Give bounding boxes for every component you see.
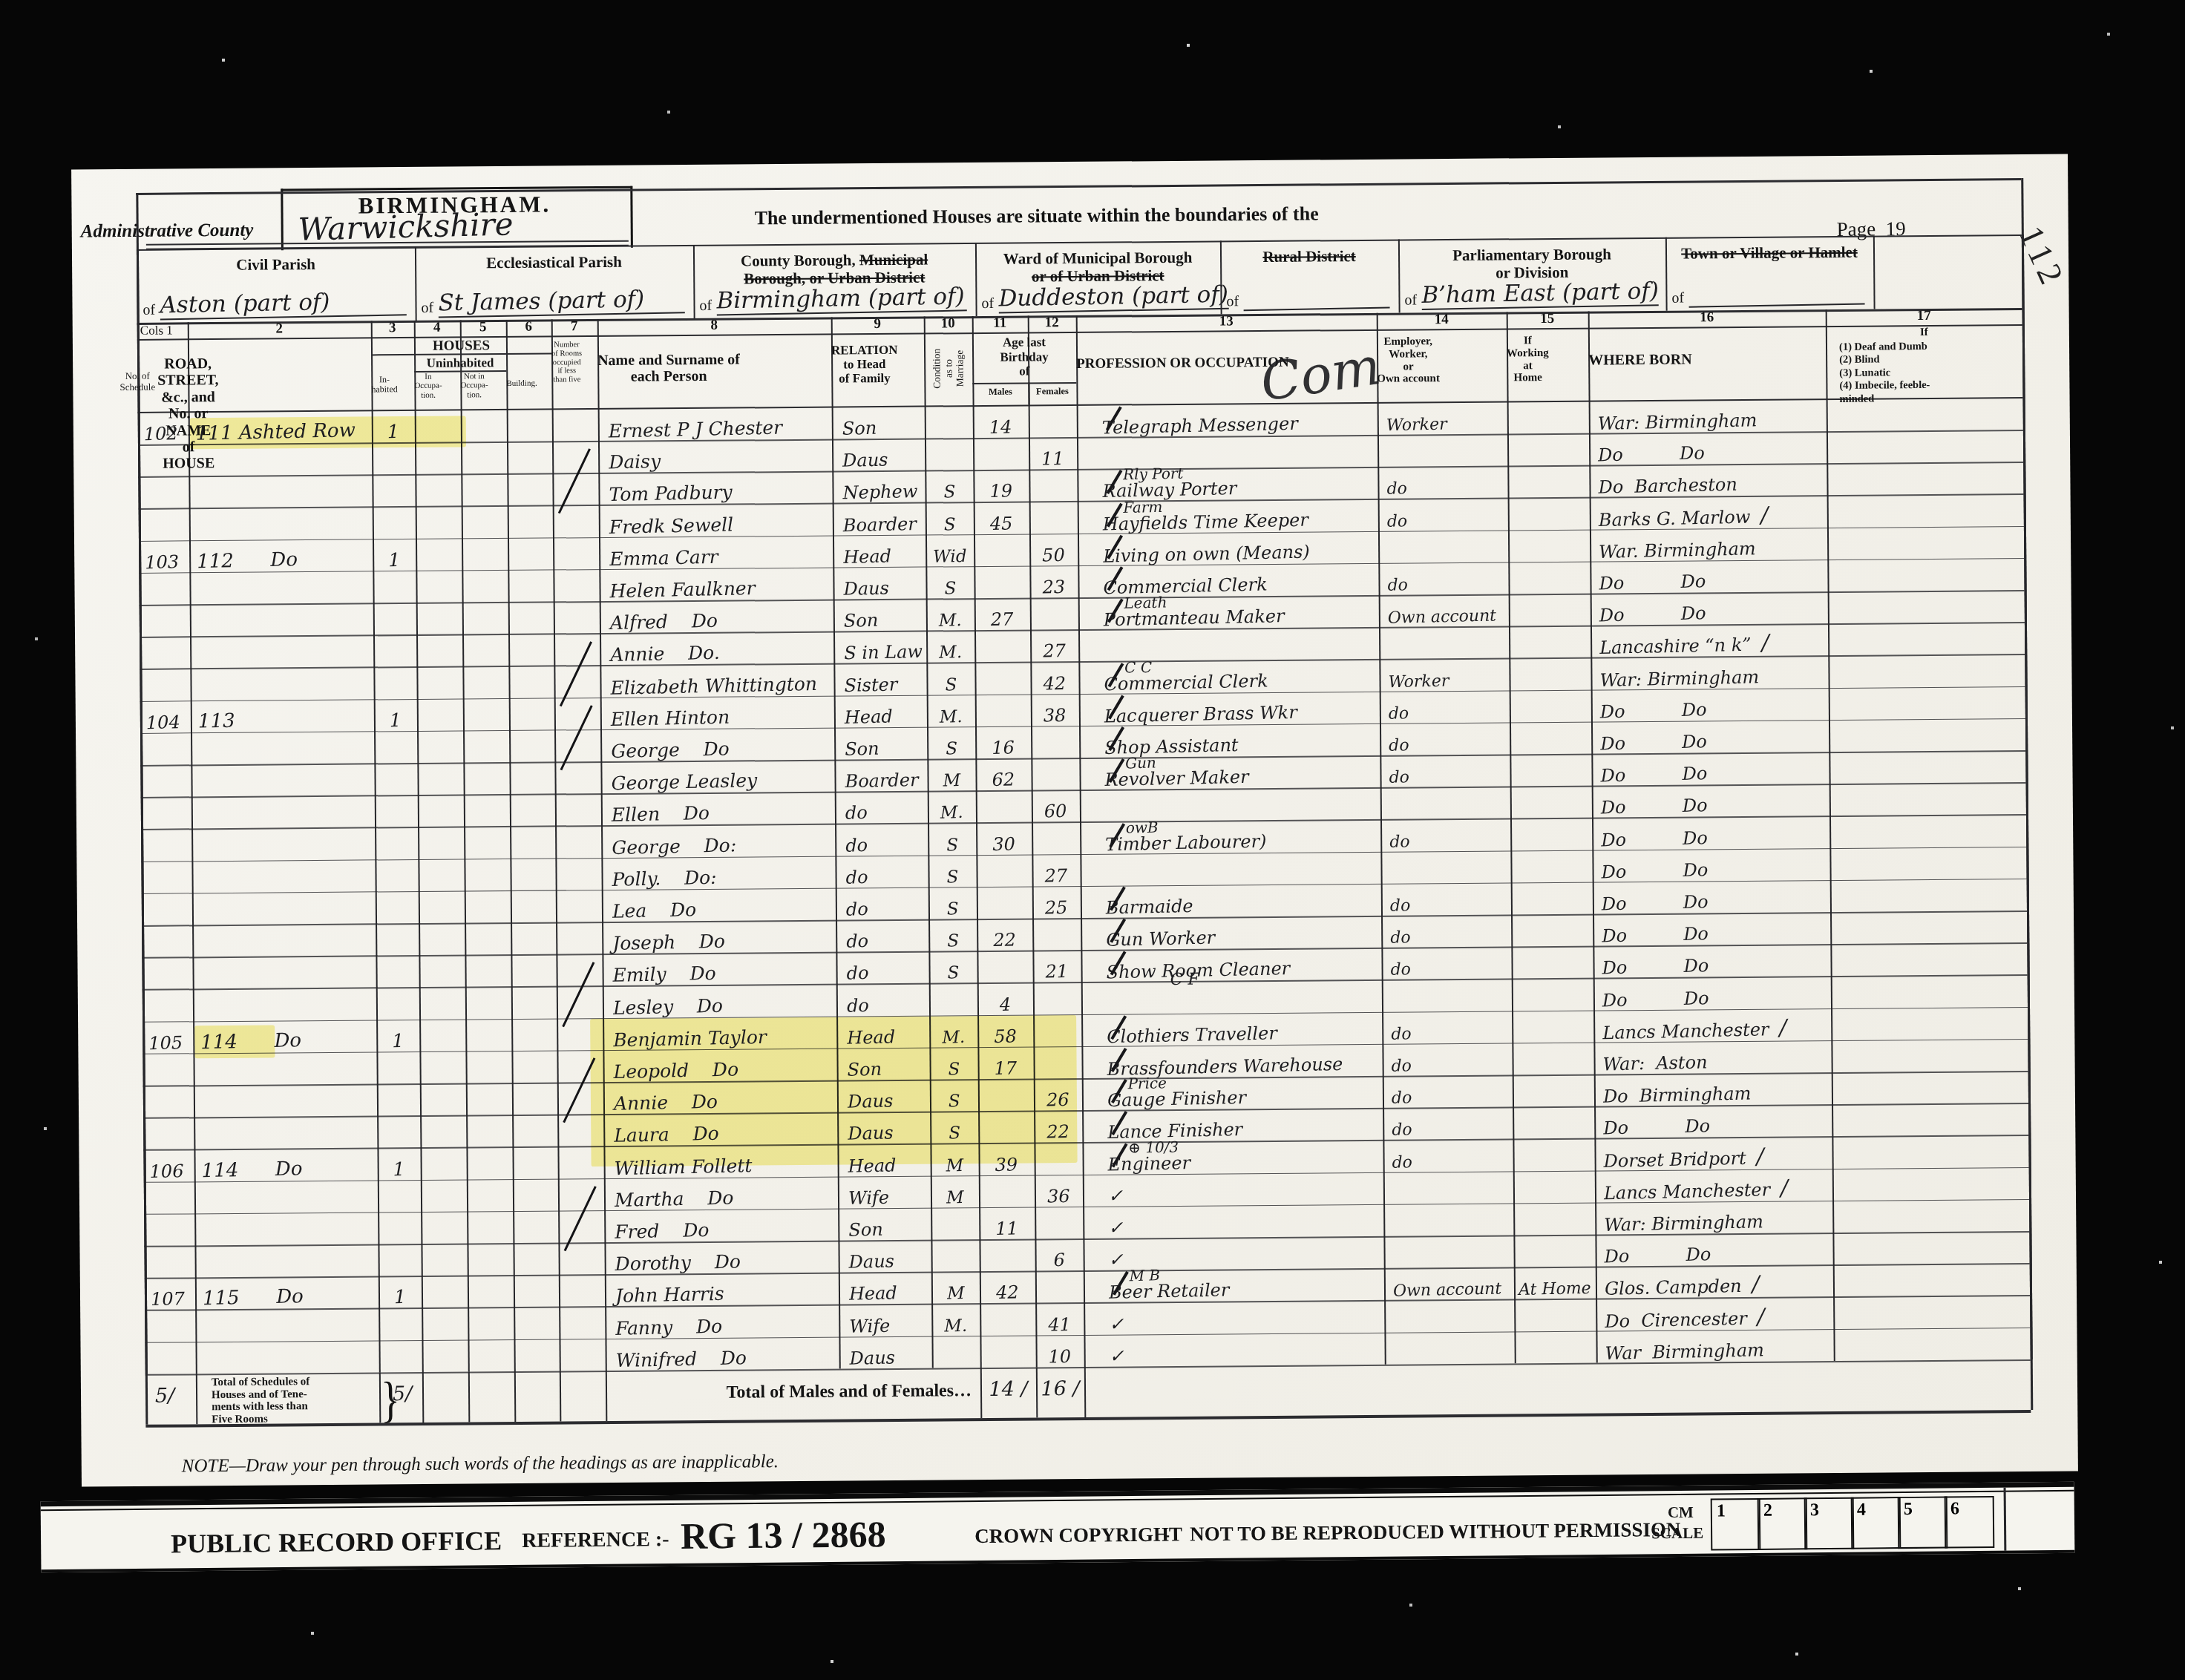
header-col16: WHERE BORN bbox=[1588, 351, 1692, 368]
cell-age_f: 10 bbox=[1036, 1340, 1084, 1369]
cell-occupation: Hayfields Time KeeperFarm bbox=[1078, 504, 1403, 534]
of-word: of bbox=[699, 298, 712, 315]
cell-relation: Head bbox=[833, 539, 936, 568]
cell-relation: Son bbox=[834, 732, 937, 761]
text-inhabited: 1 bbox=[392, 1030, 404, 1051]
cell-condition: S bbox=[928, 956, 977, 985]
text-name: George Leasley bbox=[611, 770, 757, 794]
text-age_f: 42 bbox=[1043, 672, 1066, 694]
parish-value-row: ofDuddeston (part of) bbox=[981, 283, 1211, 312]
cell-relation: Daus bbox=[837, 1085, 940, 1114]
cell-condition: M. bbox=[928, 795, 976, 824]
cell-age_m: 14 bbox=[973, 410, 1029, 439]
cell-occupation: Clothiers Traveller bbox=[1081, 1017, 1407, 1047]
cell-relation: Boarder bbox=[833, 508, 936, 537]
text-name: William Follett bbox=[614, 1155, 752, 1179]
text-born: Do Do bbox=[1600, 763, 1707, 786]
col-number: 17 bbox=[1826, 307, 2022, 325]
cell-employer: do bbox=[1378, 567, 1517, 596]
text-name: Ellen Do bbox=[612, 802, 710, 826]
cell-born: Dorset Bridport/ bbox=[1594, 1141, 1841, 1172]
parish-label-text: Ecclesiastical Parish bbox=[486, 253, 622, 272]
text-name: Helen Faulkner bbox=[609, 577, 756, 602]
text-name: Polly. Do: bbox=[612, 867, 717, 890]
text-condition: M. bbox=[939, 611, 962, 631]
cell-occupation: Gun Worker bbox=[1081, 921, 1406, 951]
parish-label-text: Ward of Municipal Borough bbox=[1003, 249, 1193, 268]
text-inhabited: 1 bbox=[387, 421, 400, 442]
cell-relation: Nephew bbox=[832, 476, 935, 505]
text-age_f: 23 bbox=[1042, 577, 1065, 598]
text-relation: do bbox=[846, 931, 868, 952]
cell-name: George Leasley bbox=[600, 765, 845, 795]
cell-name: Helen Faulkner bbox=[599, 572, 843, 603]
cell-relation: Daus bbox=[837, 1117, 940, 1146]
text-born: War: Birmingham bbox=[1604, 1211, 1763, 1236]
cell-relation: Son bbox=[838, 1213, 941, 1241]
text-name: Elizabeth Whittington bbox=[610, 672, 817, 698]
text-relation: S in Law bbox=[844, 641, 923, 663]
header-col2: ROAD, STREET, &c., and No. or NAME of HO… bbox=[188, 355, 189, 472]
rooms-slash-mark bbox=[564, 1186, 597, 1251]
text-schedule: 105 bbox=[148, 1032, 183, 1054]
text-employer: do bbox=[1391, 1025, 1412, 1044]
text-occupation: Living on own (Means) bbox=[1103, 541, 1310, 566]
cell-condition: S bbox=[928, 860, 976, 889]
text-born: Barks G. Marlow/ bbox=[1599, 506, 1769, 531]
col-line bbox=[460, 320, 470, 1371]
scale-number: 6 bbox=[1950, 1499, 1959, 1519]
text-relation: Son bbox=[848, 1219, 883, 1241]
col-number: 11 bbox=[972, 315, 1028, 332]
text-name: Tom Padbury bbox=[609, 482, 733, 506]
cell-condition: S bbox=[928, 924, 977, 953]
text-condition: M. bbox=[940, 707, 963, 727]
cell-relation: do bbox=[836, 925, 939, 954]
text-relation: Son bbox=[847, 1059, 882, 1080]
scale-number: 3 bbox=[1810, 1500, 1819, 1520]
outer-border bbox=[2021, 178, 2033, 1410]
cell-name: Polly. Do: bbox=[601, 861, 845, 891]
text-condition: S bbox=[948, 1060, 960, 1079]
text-employer: do bbox=[1392, 1153, 1412, 1172]
total-males-value: 14 / bbox=[980, 1377, 1036, 1401]
occupation-annotation: Farm bbox=[1123, 497, 1162, 516]
cell-born: Do Barcheston bbox=[1589, 468, 1835, 499]
col-line bbox=[371, 321, 381, 1372]
table-rows: 102111 Ashted Row1Ernest P J ChesterSon1… bbox=[71, 154, 2068, 169]
cell-occupation: Engineer⊕ 10/3 bbox=[1082, 1145, 1408, 1175]
occupation-annotation: Leath bbox=[1124, 594, 1167, 612]
text-born: Do Birmingham bbox=[1603, 1083, 1752, 1107]
parish-value: Duddeston (part of) bbox=[998, 281, 1228, 314]
parish-label-text: Parliamentary Borough bbox=[1452, 245, 1611, 264]
text-name: Alfred Do bbox=[610, 610, 718, 634]
cell-condition: M bbox=[930, 1149, 978, 1178]
cell-age_f: 60 bbox=[1032, 795, 1080, 824]
text-employer: do bbox=[1389, 736, 1409, 755]
text-relation: Son bbox=[842, 418, 877, 439]
col-line bbox=[188, 322, 197, 1374]
cell-condition: S bbox=[928, 892, 977, 921]
cell-age_f: 26 bbox=[1034, 1083, 1082, 1112]
total-houses-value: 5/ bbox=[393, 1382, 413, 1405]
cell-relation: do bbox=[836, 988, 940, 1017]
rooms-slash-mark bbox=[558, 449, 591, 514]
cell-born: Do Do bbox=[1592, 789, 1838, 819]
strip-end-line bbox=[2004, 1488, 2007, 1551]
text-employer: do bbox=[1389, 768, 1409, 787]
col-number: 7 bbox=[551, 318, 597, 335]
born-tick-mark: / bbox=[1779, 1015, 1787, 1041]
parish-value: Birmingham (part of) bbox=[716, 283, 967, 315]
col-number: 8 bbox=[597, 317, 831, 335]
parish-section-label: Rural District bbox=[1220, 247, 1398, 266]
cell-age_m: 16 bbox=[975, 731, 1031, 760]
text-born: Do Cirencester/ bbox=[1605, 1307, 1765, 1332]
occupation-annotation: C F bbox=[1170, 970, 1199, 988]
cell-occupation: Show Room Cleaner bbox=[1081, 953, 1406, 983]
text-condition: M bbox=[946, 1156, 963, 1176]
text-relation: do bbox=[846, 899, 868, 920]
text-address: 114 Do bbox=[200, 1029, 301, 1054]
text-age_f: 21 bbox=[1046, 961, 1069, 982]
cell-relation: Head bbox=[839, 1277, 942, 1306]
text-age_m: 11 bbox=[995, 1218, 1018, 1239]
column-numbers-row: Cols 1234567891011121314151617 bbox=[71, 154, 2068, 169]
total-schedules-value: 5/ bbox=[155, 1384, 175, 1407]
copyright-dash: - bbox=[1163, 1523, 1170, 1546]
cell-occupation: Lacquerer Brass Wkr bbox=[1079, 696, 1405, 726]
text-relation: Head bbox=[847, 1026, 895, 1048]
totals-col-line bbox=[514, 1371, 516, 1422]
text-occupation: Hayfields Time KeeperFarm bbox=[1103, 509, 1309, 534]
text-name: Emily Do bbox=[612, 962, 716, 986]
header-houses-group: HOUSES bbox=[371, 338, 551, 355]
cell-inhabited: 1 bbox=[374, 704, 417, 732]
cell-age_f: 41 bbox=[1035, 1308, 1084, 1337]
cell-schedule: 102 bbox=[138, 417, 194, 446]
text-employer: do bbox=[1387, 512, 1408, 531]
text-name: Lea Do bbox=[612, 899, 697, 922]
cell-age_m: 42 bbox=[980, 1276, 1035, 1305]
cell-born: Do Do bbox=[1593, 982, 1840, 1012]
film-specks bbox=[0, 0, 1, 1]
parish-value-row: of bbox=[1226, 292, 1389, 311]
occupation-annotation: Price bbox=[1127, 1074, 1167, 1092]
cell-occupation: Timber Labourer)owB bbox=[1080, 824, 1406, 855]
admin-county-label: Administrative County bbox=[81, 220, 254, 243]
text-address: 113 bbox=[198, 709, 235, 732]
total-males-females-label: Total of Males and of Females… bbox=[600, 1381, 972, 1404]
cell-employer: do bbox=[1378, 503, 1517, 532]
cell-occupation: Revolver MakerGun bbox=[1079, 761, 1405, 791]
cell-name: Emma Carr bbox=[599, 540, 843, 571]
of-word: of bbox=[1404, 292, 1417, 309]
scale-box: 1 bbox=[1711, 1498, 1761, 1551]
header-col6: Building. bbox=[506, 379, 537, 389]
cell-inhabited: 1 bbox=[376, 1025, 419, 1053]
parish-label-text: Town or Village or Hamlet bbox=[1681, 243, 1858, 263]
text-born: War: Birmingham bbox=[1598, 410, 1757, 434]
text-age_f: 27 bbox=[1043, 640, 1066, 662]
header-uninhabited-group: Uninhabited bbox=[414, 355, 506, 371]
occupation-annotation: owB bbox=[1126, 818, 1159, 836]
text-age_f: 26 bbox=[1046, 1089, 1069, 1111]
text-born: Do Do bbox=[1602, 956, 1709, 979]
cell-born: Lancs Manchester/ bbox=[1593, 1014, 1840, 1044]
cell-inhabited: 1 bbox=[377, 1153, 420, 1181]
cell-condition: Wid bbox=[926, 539, 974, 568]
cell-age_f: 23 bbox=[1029, 571, 1078, 600]
cell-occupation: Commercial ClerkC C bbox=[1078, 664, 1404, 695]
column-headers: No. of ScheduleROAD, STREET, &c., and No… bbox=[71, 154, 2068, 169]
text-employer: do bbox=[1390, 896, 1411, 916]
text-occupation: Gauge FinisherPrice bbox=[1107, 1087, 1247, 1111]
text-address: 114 Do bbox=[201, 1158, 302, 1182]
text-name: Annie Do bbox=[614, 1091, 718, 1115]
occupation-annotation: Gun bbox=[1125, 754, 1156, 772]
cell-age_f: 25 bbox=[1032, 891, 1081, 920]
text-inhabited: 1 bbox=[390, 709, 402, 731]
of-word: of bbox=[1671, 290, 1684, 307]
cell-relation: do bbox=[836, 892, 939, 921]
cell-age_m: 62 bbox=[975, 764, 1031, 793]
col-number: 4 bbox=[414, 319, 460, 335]
text-name: George Do: bbox=[612, 834, 736, 859]
parish-value-row: ofSt James (part of) bbox=[421, 286, 684, 317]
cell-born: Do Do bbox=[1593, 885, 1839, 916]
cell-name: William Follett bbox=[603, 1149, 848, 1180]
total-schedules-label: Total of Schedules of Houses and of Tene… bbox=[212, 1376, 310, 1426]
parish-section: Civil ParishofAston (part of) bbox=[137, 250, 416, 321]
parish-section: Parliamentary Boroughor DivisionofB’ham … bbox=[1398, 240, 1666, 311]
cell-age_f: 22 bbox=[1034, 1115, 1082, 1144]
text-name: Annie Do. bbox=[610, 642, 720, 666]
cell-name: Ellen Do bbox=[601, 797, 845, 827]
text-occupation: Gun Worker bbox=[1106, 928, 1215, 951]
text-age_f: 41 bbox=[1048, 1313, 1071, 1335]
col-number: 6 bbox=[506, 319, 551, 335]
text-condition: S bbox=[946, 739, 957, 758]
cell-age_m: 22 bbox=[977, 924, 1032, 953]
cell-employer: do bbox=[1382, 1048, 1521, 1077]
totals-row: 5/Total of Schedules of Houses and of Te… bbox=[71, 154, 2068, 169]
cell-occupation: Gauge FinisherPrice bbox=[1082, 1081, 1408, 1112]
cell-condition: S bbox=[928, 828, 976, 857]
parish-value bbox=[1243, 307, 1389, 312]
occupation-annotation: M B bbox=[1129, 1267, 1160, 1285]
header-col15: If Working at Home bbox=[1507, 335, 1549, 385]
text-born: Lancs Manchester/ bbox=[1604, 1179, 1789, 1204]
text-name: Dorothy Do bbox=[615, 1251, 741, 1276]
parish-section-label: Ward of Municipal Boroughor of Urban Dis… bbox=[975, 248, 1220, 286]
col-line bbox=[506, 320, 516, 1371]
text-relation: Head bbox=[849, 1283, 897, 1305]
text-condition: S bbox=[946, 836, 958, 855]
scale-box: 3 bbox=[1804, 1497, 1855, 1550]
scale-number: 5 bbox=[1904, 1500, 1913, 1520]
text-name: Laura Do bbox=[614, 1123, 719, 1146]
cell-condition: M bbox=[931, 1181, 979, 1210]
col-number: 5 bbox=[460, 319, 506, 335]
cell-age_m: 19 bbox=[973, 475, 1029, 504]
text-born: Glos. Campden/ bbox=[1605, 1276, 1760, 1300]
text-employer: do bbox=[1387, 576, 1408, 595]
text-name: Joseph Do bbox=[612, 931, 725, 954]
cell-name: George Do: bbox=[601, 829, 845, 859]
header-col9: RELATION to Head of Family bbox=[831, 343, 898, 386]
parish-section-label: Ecclesiastical Parish bbox=[415, 252, 693, 272]
col-number: 15 bbox=[1507, 311, 1588, 328]
cell-name: Winifred Do bbox=[606, 1342, 850, 1372]
cell-relation: Head bbox=[834, 700, 937, 729]
cell-name: Ernest P J Chester bbox=[598, 412, 842, 442]
cell-relation: Sister bbox=[833, 668, 937, 697]
cell-relation: Son bbox=[836, 1052, 940, 1081]
header-col10-text: Condition as to Marriage bbox=[931, 344, 966, 393]
text-born: Do Do bbox=[1599, 603, 1706, 626]
text-relation: Nephew bbox=[842, 481, 917, 503]
cols1-label: Cols 1 bbox=[140, 324, 173, 338]
born-tick-mark: / bbox=[1752, 1272, 1760, 1298]
cell-name: Lea Do bbox=[602, 893, 846, 923]
cell-relation: do bbox=[836, 957, 939, 985]
parish-section-label: Civil Parish bbox=[137, 255, 415, 275]
header-col17-if: If bbox=[1826, 326, 2022, 340]
scanned-census-image: Administrative County BIRMINGHAM. Warwic… bbox=[0, 0, 2185, 1680]
text-name: John Harris bbox=[615, 1283, 724, 1307]
cell-name: Lesley Do bbox=[603, 989, 847, 1020]
cell-age_m: 4 bbox=[977, 988, 1033, 1017]
pen-annotations: Com bbox=[71, 154, 2068, 169]
text-relation: Son bbox=[844, 610, 879, 631]
text-born: Do Do bbox=[1602, 988, 1709, 1011]
cell-relation: Son bbox=[832, 411, 935, 440]
scale-number: 2 bbox=[1763, 1501, 1772, 1521]
cell-name: John Harris bbox=[605, 1278, 849, 1308]
text-condition: S bbox=[947, 964, 959, 983]
header-col11: Males bbox=[972, 386, 1028, 398]
cell-born: Do Do bbox=[1590, 565, 1836, 595]
cell-name: Annie Do. bbox=[600, 637, 844, 667]
text-condition: S bbox=[943, 515, 955, 534]
cell-age_m: 58 bbox=[977, 1020, 1033, 1049]
text-age_m: 14 bbox=[989, 416, 1012, 438]
of-word: of bbox=[421, 300, 433, 317]
cell-name: George Do bbox=[600, 732, 845, 763]
born-tick-mark: / bbox=[1757, 1304, 1765, 1330]
cell-address: 111 Ashted Row bbox=[189, 416, 379, 445]
born-tick-mark: / bbox=[1761, 630, 1769, 656]
text-age_m: 58 bbox=[994, 1026, 1017, 1047]
text-relation: Daus bbox=[848, 1091, 894, 1112]
cell-condition: S bbox=[926, 508, 974, 537]
text-name: Fred Do bbox=[615, 1219, 710, 1243]
cell-at_home: At Home bbox=[1514, 1272, 1600, 1301]
text-age_m: 30 bbox=[992, 833, 1015, 855]
cell-relation: Daus bbox=[838, 1245, 941, 1274]
cell-relation: Daus bbox=[833, 571, 936, 600]
totals-col-line bbox=[1084, 1367, 1086, 1417]
text-born: Do Do bbox=[1600, 731, 1707, 754]
text-born: Do Do bbox=[1602, 891, 1709, 914]
table-grid bbox=[71, 154, 2068, 169]
text-born: Do Do bbox=[1602, 923, 1709, 946]
cell-born: Lancashire “n k”/ bbox=[1591, 629, 1837, 659]
cell-address: 114 Do bbox=[193, 1025, 384, 1054]
cell-employer: do bbox=[1383, 1144, 1521, 1173]
text-name: Leopold Do bbox=[613, 1058, 738, 1083]
text-occupation: Lacquerer Brass Wkr bbox=[1104, 702, 1297, 727]
cell-relation: do bbox=[835, 860, 938, 889]
cell-name: Benjamin Taylor bbox=[603, 1021, 847, 1051]
cell-address: 112 Do bbox=[189, 544, 380, 574]
cell-relation: do bbox=[835, 796, 938, 825]
text-schedule: 107 bbox=[151, 1289, 185, 1310]
cell-age_f: 6 bbox=[1035, 1244, 1083, 1273]
undermentioned-text: The undermentioned Houses are situate wi… bbox=[710, 203, 1363, 230]
totals-col-line bbox=[560, 1371, 561, 1421]
text-relation: Sister bbox=[844, 674, 897, 696]
text-address: 112 Do bbox=[197, 548, 298, 573]
text-relation: do bbox=[847, 995, 869, 1017]
cell-age_f: 38 bbox=[1031, 699, 1079, 728]
text-occupation: ✓ bbox=[1108, 1250, 1124, 1270]
cell-age_f: 50 bbox=[1029, 539, 1078, 568]
text-occupation: ✓ bbox=[1108, 1185, 1124, 1206]
col-number: 3 bbox=[371, 320, 414, 336]
cell-born: War Birmingham bbox=[1596, 1334, 1842, 1365]
text-schedule: 104 bbox=[146, 712, 180, 733]
cell-employer: Worker bbox=[1379, 663, 1518, 692]
cell-occupation: ✓ bbox=[1084, 1305, 1409, 1336]
cell-name: Dorothy Do bbox=[605, 1246, 849, 1276]
text-born: Do Do bbox=[1599, 571, 1706, 594]
text-occupation: Clothiers Traveller bbox=[1107, 1023, 1277, 1047]
text-name: Emma Carr bbox=[609, 546, 718, 570]
text-relation: Head bbox=[845, 706, 893, 727]
totals-col-line bbox=[196, 1374, 197, 1424]
age-underline bbox=[972, 382, 1076, 384]
text-name: Daisy bbox=[609, 450, 661, 473]
text-relation: Daus bbox=[848, 1251, 894, 1273]
occupation-annotation: Rly Port bbox=[1123, 465, 1184, 484]
text-born: War. Birmingham bbox=[1599, 538, 1756, 562]
text-age_f: 38 bbox=[1044, 705, 1067, 726]
text-age_f: 10 bbox=[1049, 1346, 1072, 1368]
cell-age_f: 27 bbox=[1032, 859, 1080, 888]
scale-box: 6 bbox=[1945, 1496, 1995, 1549]
cell-employer: do bbox=[1380, 759, 1519, 788]
text-born: Dorset Bridport/ bbox=[1603, 1147, 1764, 1172]
cell-name: Annie Do bbox=[603, 1086, 848, 1116]
cell-age_f: 21 bbox=[1032, 955, 1081, 984]
text-condition: M. bbox=[939, 643, 962, 663]
header-col5: Not in Occupa- tion. bbox=[460, 372, 488, 399]
totals-col-line bbox=[468, 1371, 470, 1422]
text-age_f: 22 bbox=[1046, 1121, 1069, 1143]
text-born: Do Do bbox=[1598, 443, 1705, 466]
cell-born: War. Birmingham bbox=[1590, 533, 1836, 563]
text-condition: M bbox=[946, 1188, 963, 1208]
footnote: NOTE—Draw your pen through such words of… bbox=[182, 1451, 779, 1477]
cell-name: Daisy bbox=[598, 444, 842, 475]
parish-label-text: Civil Parish bbox=[236, 255, 315, 274]
text-inhabited: 1 bbox=[394, 1286, 407, 1307]
of-word: of bbox=[1226, 293, 1239, 310]
header-col8: Name and Surname of each Person bbox=[597, 352, 740, 386]
